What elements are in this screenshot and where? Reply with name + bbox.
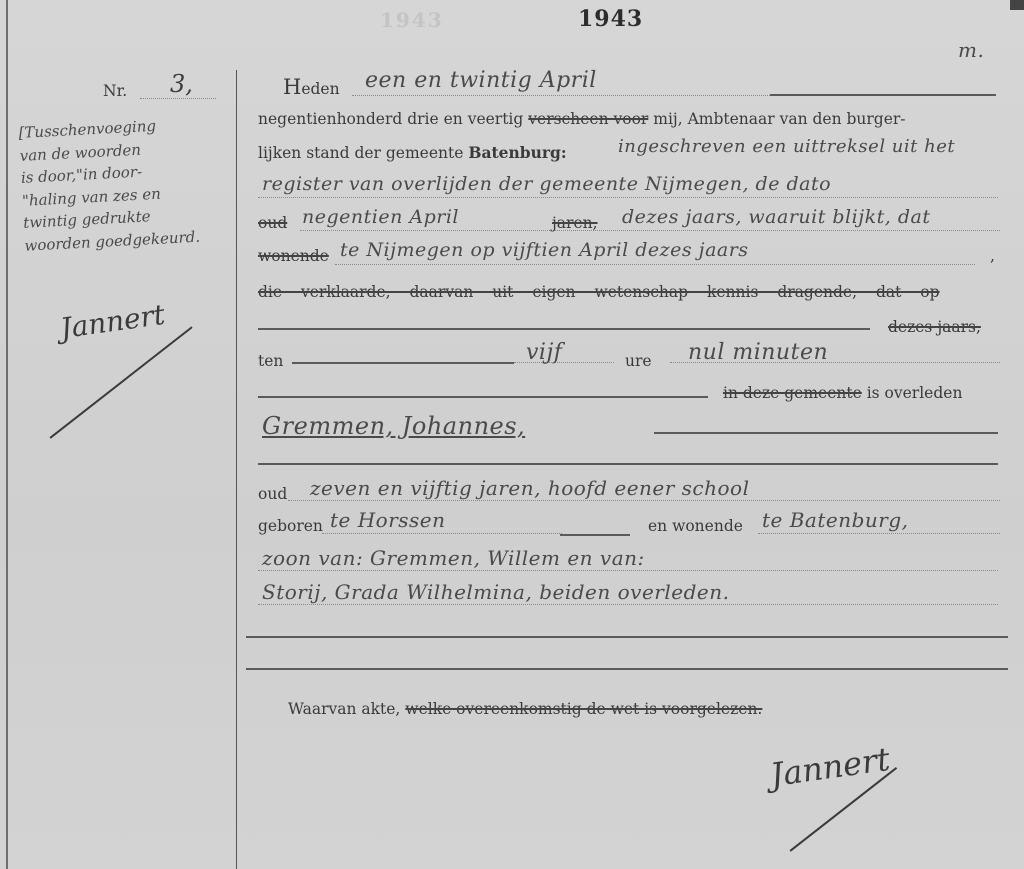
date-dotline (352, 95, 772, 96)
corner-tab (1010, 0, 1024, 10)
parents-father-handwritten: zoon van: Gremmen, Willem en van: (262, 546, 645, 570)
age-occupation-handwritten: zeven en vijftig jaren, hoofd eener scho… (310, 476, 750, 500)
struck-voorgelezen: welke overeenkomstig de wet is voorgelez… (405, 700, 762, 718)
closing-text: Waarvan akte, welke overeenkomstig de we… (288, 700, 762, 718)
line-6-comma: , (990, 247, 995, 265)
heden-label: Heden (283, 75, 340, 99)
line-3-handwritten: ingeschreven een uittreksel uit het (618, 136, 955, 157)
line-10-text: in deze gemeente is overleden (723, 384, 962, 402)
line-5-handwritten-a: negentien April (302, 206, 459, 228)
parents-mother-handwritten: Storij, Grada Wilhelmina, beiden overled… (262, 580, 729, 604)
line-8-struck: dezes jaars, (888, 318, 981, 336)
bleed-through-year: 1943 (380, 8, 444, 32)
date-handwritten: een en twintig April (365, 68, 597, 93)
margin-annotation: [Tusschenvoeging van de woorden is door,… (18, 111, 240, 257)
document-page: 1943 1943 m. Nr. 3, [Tusschenvoeging van… (0, 0, 1024, 869)
struck-verscheen-voor: verscheen voor (528, 110, 648, 128)
line-11-fill-line (654, 432, 998, 434)
record-number-dotline (140, 98, 216, 99)
municipality-name: Batenburg: (468, 143, 566, 162)
record-number: 3, (170, 70, 193, 98)
blank-line-1 (246, 636, 1008, 638)
en-wonende-label: en wonende (648, 517, 743, 535)
line-11b-fill-line (258, 463, 998, 465)
ure-label: ure (625, 352, 652, 370)
line-13-dotline-b (758, 533, 1000, 534)
oud-label: oud (258, 485, 287, 503)
record-number-label: Nr. (103, 82, 127, 100)
line-5-struck-oud: oud (258, 214, 287, 232)
line-5-handwritten-b: dezes jaars, waaruit blijkt, dat (622, 206, 930, 228)
birthplace-handwritten: te Horssen (330, 508, 446, 532)
minutes-handwritten: nul minuten (688, 340, 828, 365)
line-13-dotline-a (322, 533, 562, 534)
line-13-fill-line (560, 534, 630, 536)
blank-line-2 (246, 668, 1008, 670)
residence-handwritten: te Batenburg, (762, 508, 909, 532)
line-8-fill-line (258, 328, 870, 330)
official-signature: Jannert (770, 748, 890, 786)
line-7-struck: die verklaarde, daarvan uit eigen wetens… (258, 283, 940, 301)
margin-signature: Jannert (60, 305, 165, 338)
left-margin-rule (6, 0, 8, 869)
line-15-dotline (258, 604, 998, 605)
deceased-name: Gremmen, Johannes, (262, 412, 525, 440)
line-2-text: negentienhonderd drie en veertig versche… (258, 110, 906, 128)
line-4-handwritten: register van overlijden der gemeente Nij… (262, 173, 831, 195)
line-6-dotline (335, 264, 975, 265)
geboren-label: geboren (258, 517, 323, 535)
hour-handwritten: vijf (526, 340, 562, 365)
line-5-struck-jaren: jaren, (552, 214, 598, 232)
line-5-dotline (300, 230, 1000, 231)
corner-annotation: m. (958, 38, 984, 62)
line-6-struck-wonende: wonende (258, 247, 329, 265)
line-12-dotline (288, 500, 1000, 501)
line-14-dotline (258, 570, 998, 571)
line-3-text: lijken stand der gemeente Batenburg: (258, 143, 567, 162)
line-6-handwritten: te Nijmegen op vijftien April dezes jaar… (340, 239, 749, 261)
line-4-dotline (258, 197, 998, 198)
line-10-fill-line (258, 396, 708, 398)
date-fill-line (770, 94, 996, 96)
register-year: 1943 (578, 6, 643, 32)
line-9-fill-line (292, 362, 514, 364)
ten-label: ten (258, 352, 283, 370)
